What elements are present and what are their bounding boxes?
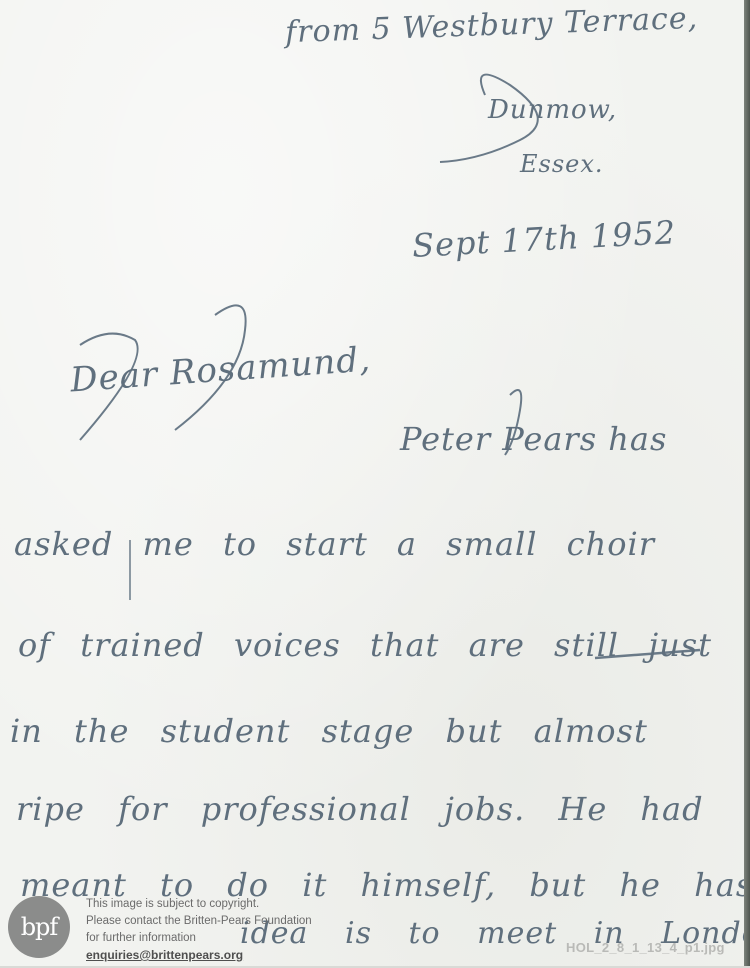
sender-address-line-1: from 5 Westbury Terrace, bbox=[285, 1, 699, 50]
copyright-line-2: Please contact the Britten-Pears Foundat… bbox=[86, 913, 312, 930]
copyright-line-3: for further information bbox=[86, 930, 312, 947]
copyright-notice: This image is subject to copyright. Plea… bbox=[86, 896, 312, 964]
body-line: ripe for professional jobs. He had bbox=[16, 790, 704, 828]
bpf-logo-icon: bpf bbox=[8, 896, 70, 958]
image-filename: HOL_2_8_1_13_4_p1.jpg bbox=[566, 940, 725, 955]
copyright-line-1: This image is subject to copyright. bbox=[86, 896, 312, 913]
letter-page: from 5 Westbury Terrace, Dunmow, Essex. … bbox=[0, 0, 744, 966]
body-line: asked me to start a small choir bbox=[14, 525, 655, 563]
copyright-watermark: bpf This image is subject to copyright. … bbox=[8, 896, 258, 964]
sender-address-line-2: Dunmow, bbox=[488, 95, 617, 125]
sender-address-line-3: Essex. bbox=[520, 150, 604, 178]
body-line: in the student stage but almost bbox=[10, 712, 648, 750]
contact-email-link[interactable]: enquiries@brittenpears.org bbox=[86, 947, 312, 964]
page-edge-shadow bbox=[744, 0, 750, 968]
body-line: of trained voices that are still just bbox=[18, 626, 712, 664]
letter-date: Sept 17th 1952 bbox=[411, 213, 677, 265]
body-line: Peter Pears has bbox=[400, 420, 667, 458]
salutation: Dear Rosamund, bbox=[69, 340, 372, 401]
